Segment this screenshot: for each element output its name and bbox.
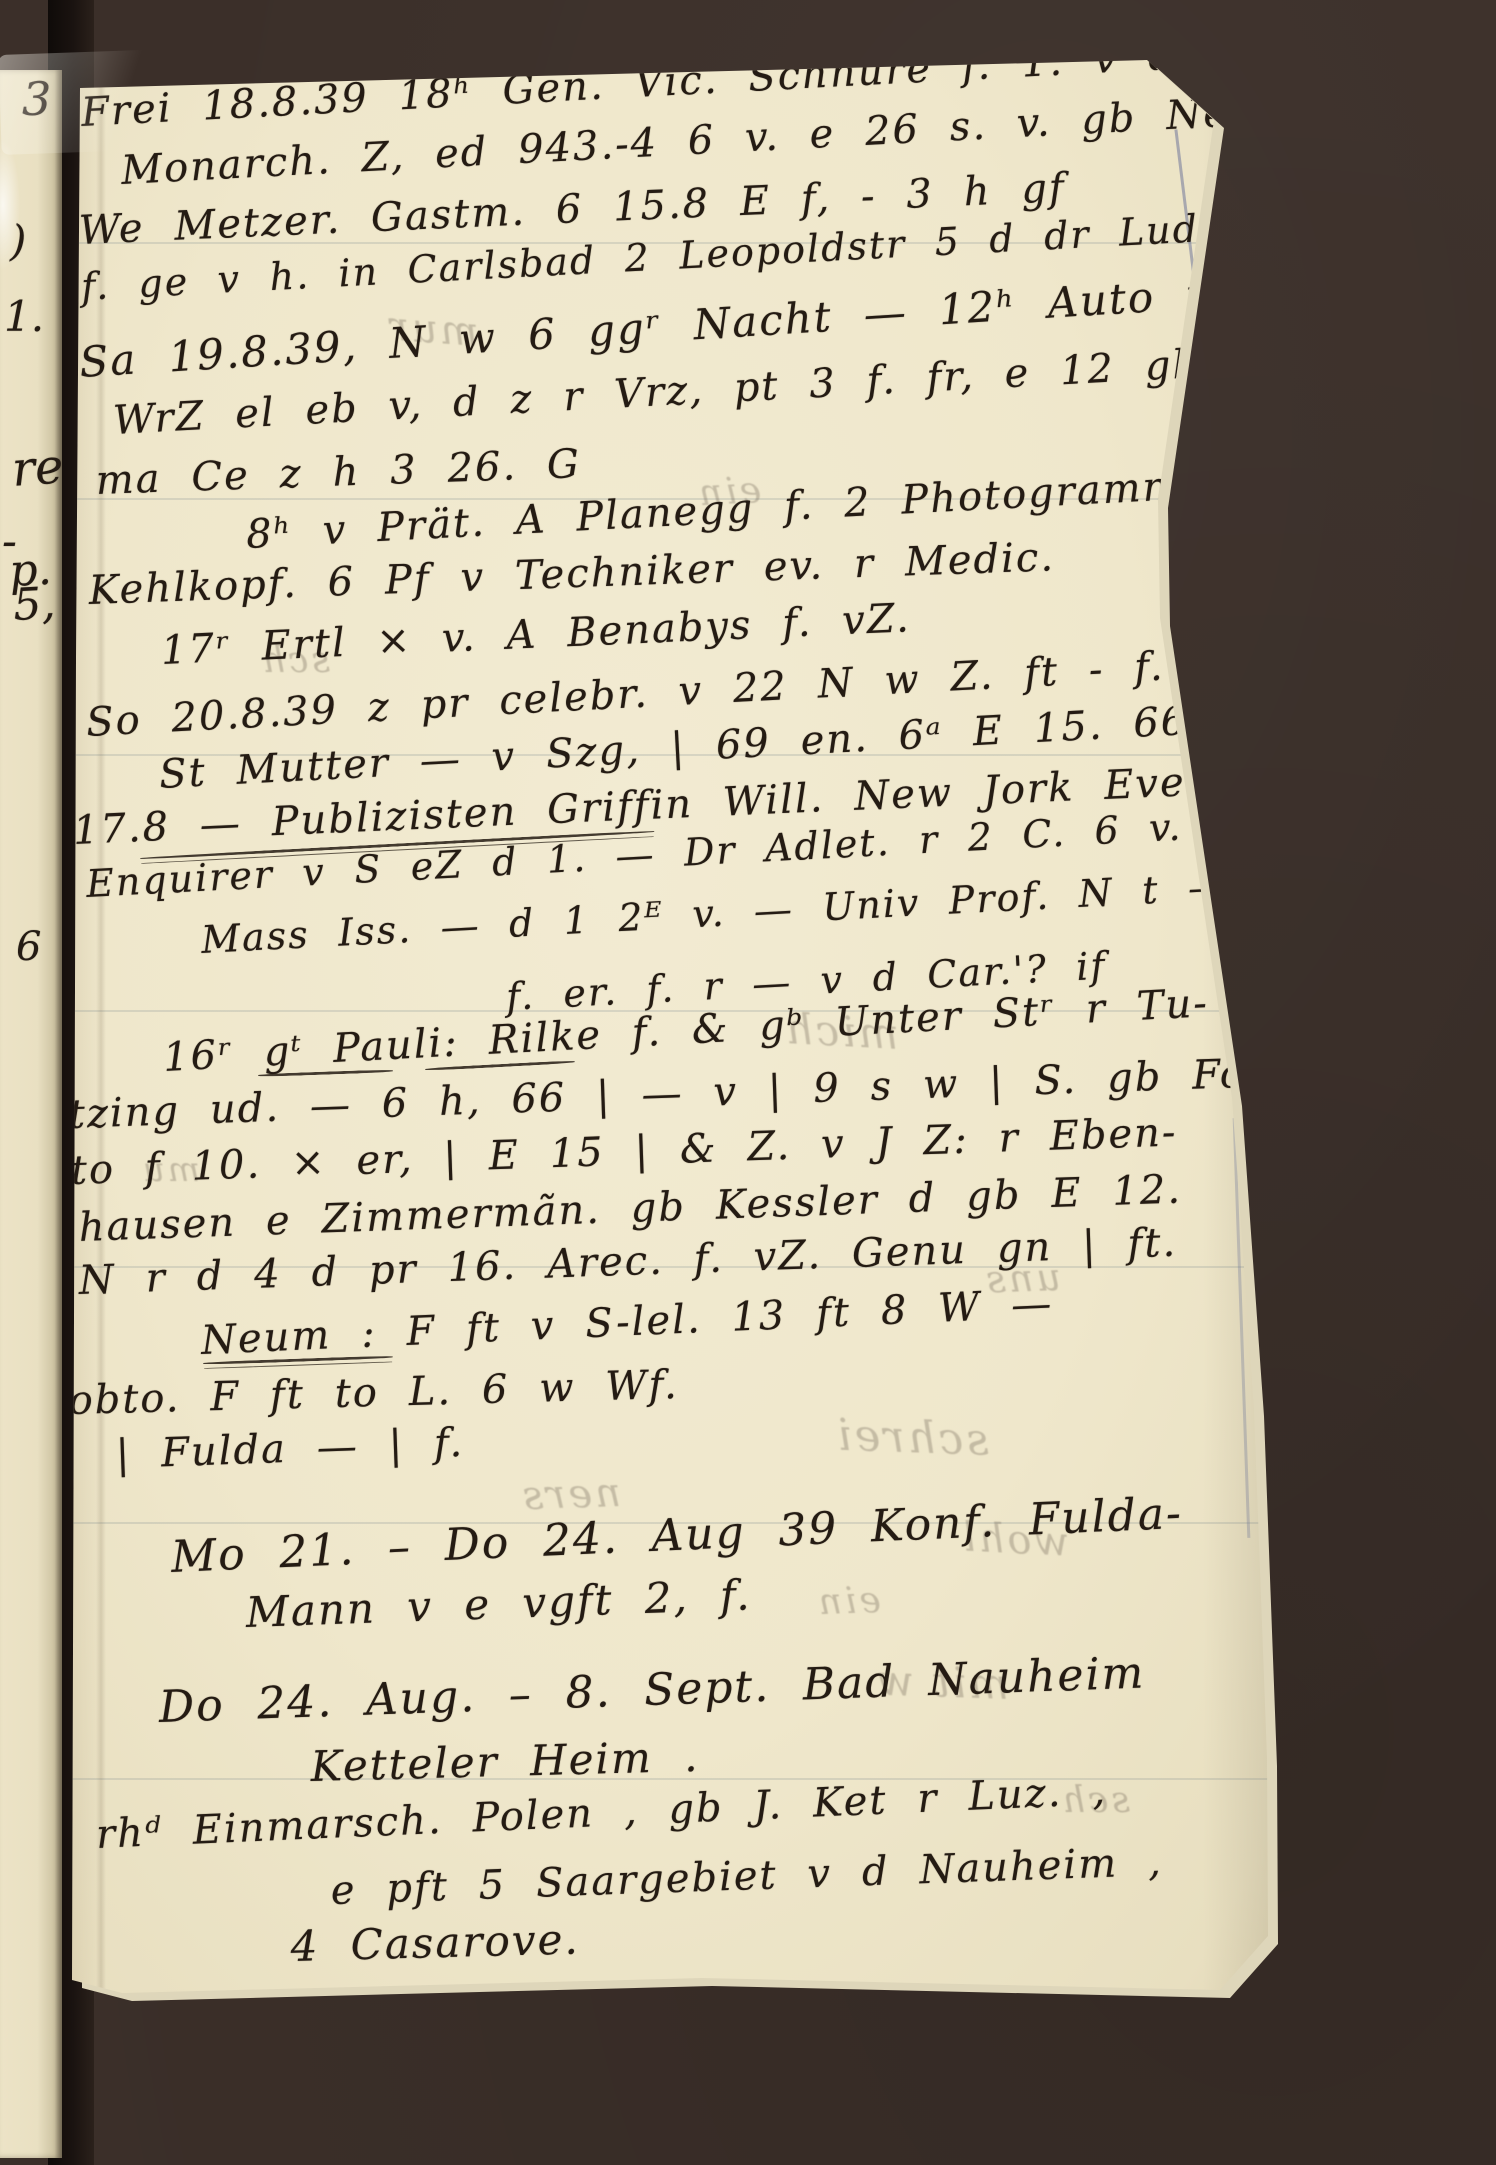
handwritten-line: Do 24. Aug. – 8. Sept. Bad Nauheim — [158, 1648, 1146, 1733]
handwritten-line: ma Ce z h 3 26. G — [95, 441, 582, 504]
bleedthrough-fragment: schrei — [834, 1410, 990, 1466]
handwritten-line: | Fulda — | f. — [115, 1420, 465, 1478]
handwritten-line: Mo 21. – Do 24. Aug 39 Konf. Fulda- — [170, 1488, 1184, 1583]
handwritten-line: Kehlkopf. 6 Pf v Techniker ev. r Medic. — [88, 534, 1056, 614]
diary-page: mureinschmichmuunsschreinerswohleinmit w… — [62, 58, 1302, 2018]
cutoff-character: re — [10, 438, 62, 497]
handwritten-line: e pft 5 Saargebiet v d Nauheim , — [330, 1839, 1163, 1914]
handwritten-line: Ketteler Heim . — [310, 1732, 700, 1791]
previous-page-edge: 3)1.re-p.5,6 — [0, 70, 62, 2158]
cutoff-character: 1. — [4, 292, 44, 341]
cutoff-character: 6 — [16, 924, 41, 970]
handwritten-line: Mann v e vgft 2, f. — [245, 1570, 752, 1637]
handwritten-line: obto. F ft to L. 6 w Wf. — [68, 1362, 679, 1424]
cutoff-character: 3 — [22, 72, 51, 126]
handwritten-line: 4 Casarove. — [290, 1914, 580, 1971]
cutoff-character: ) — [10, 216, 26, 265]
bleedthrough-fragment: ein — [815, 1580, 881, 1623]
cutoff-character: 5, — [12, 578, 57, 631]
scanned-diary-photo: { "document": { "description_label": "Ha… — [0, 0, 1496, 2165]
